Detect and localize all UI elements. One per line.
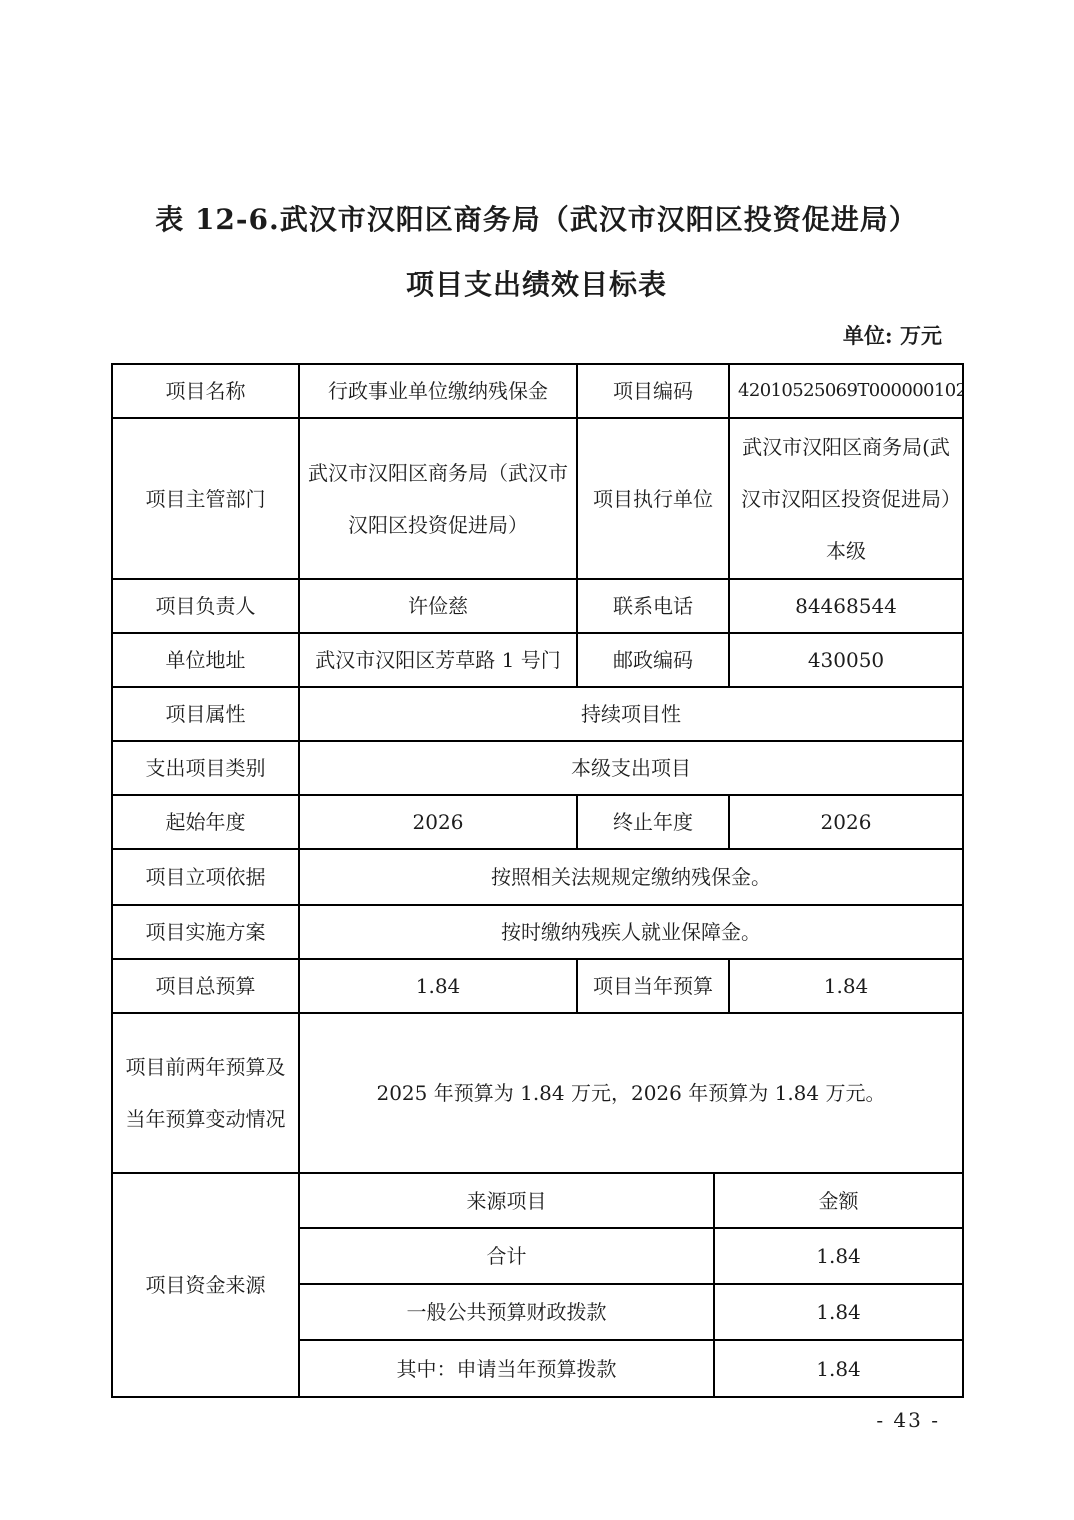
executing-unit-label: 项目执行单位: [577, 418, 729, 579]
project-name-label: 项目名称: [112, 364, 299, 418]
funding-amount: 1.84: [714, 1228, 963, 1284]
postal-code-label: 邮政编码: [577, 633, 729, 687]
start-year-label: 起始年度: [112, 795, 299, 849]
document-content: 表 12-6.武汉市汉阳区商务局（武汉市汉阳区投资促进局） 项目支出绩效目标表 …: [111, 0, 962, 1398]
project-attribute-value: 持续项目性: [299, 687, 963, 741]
total-budget-value: 1.84: [299, 959, 577, 1013]
supervising-dept-label: 项目主管部门: [112, 418, 299, 579]
table-row: 支出项目类别 本级支出项目: [112, 741, 963, 795]
executing-unit-value: 武汉市汉阳区商务局(武汉市汉阳区投资促进局）本级: [729, 418, 963, 579]
table-row: 项目总预算 1.84 项目当年预算 1.84: [112, 959, 963, 1013]
contact-phone-label: 联系电话: [577, 579, 729, 633]
funding-sources-label: 项目资金来源: [112, 1173, 299, 1397]
implementation-plan-value: 按时缴纳残疾人就业保障金。: [299, 905, 963, 959]
funding-item: 一般公共预算财政拨款: [299, 1284, 714, 1340]
unit-address-value: 武汉市汉阳区芳草路 1 号门: [299, 633, 577, 687]
approval-basis-value: 按照相关法规规定缴纳残保金。: [299, 849, 963, 905]
funding-item: 其中：申请当年预算拨款: [299, 1340, 714, 1397]
end-year-label: 终止年度: [577, 795, 729, 849]
funding-amount: 1.84: [714, 1284, 963, 1340]
performance-target-table: 项目名称 行政事业单位缴纳残保金 项目编码 42010525069T000000…: [111, 363, 964, 1398]
funding-item: 合计: [299, 1228, 714, 1284]
current-year-budget-label: 项目当年预算: [577, 959, 729, 1013]
funding-item-column-header: 来源项目: [299, 1173, 714, 1228]
document-page: 表 12-6.武汉市汉阳区商务局（武汉市汉阳区投资促进局） 项目支出绩效目标表 …: [0, 0, 1074, 1520]
expenditure-category-label: 支出项目类别: [112, 741, 299, 795]
table-row: 项目主管部门 武汉市汉阳区商务局（武汉市汉阳区投资促进局） 项目执行单位 武汉市…: [112, 418, 963, 579]
approval-basis-label: 项目立项依据: [112, 849, 299, 905]
table-row: 项目立项依据 按照相关法规规定缴纳残保金。: [112, 849, 963, 905]
budget-history-label: 项目前两年预算及当年预算变动情况: [112, 1013, 299, 1173]
expenditure-category-value: 本级支出项目: [299, 741, 963, 795]
project-leader-label: 项目负责人: [112, 579, 299, 633]
start-year-value: 2026: [299, 795, 577, 849]
unit-address-label: 单位地址: [112, 633, 299, 687]
current-year-budget-value: 1.84: [729, 959, 963, 1013]
funding-sources-header-row: 项目资金来源 来源项目 金额: [112, 1173, 963, 1228]
supervising-dept-value: 武汉市汉阳区商务局（武汉市汉阳区投资促进局）: [299, 418, 577, 579]
table-row: 起始年度 2026 终止年度 2026: [112, 795, 963, 849]
table-row: 项目实施方案 按时缴纳残疾人就业保障金。: [112, 905, 963, 959]
unit-note: 单位: 万元: [111, 320, 962, 350]
project-code-value: 42010525069T000000102: [729, 364, 963, 418]
funding-amount-column-header: 金额: [714, 1173, 963, 1228]
project-name-value: 行政事业单位缴纳残保金: [299, 364, 577, 418]
project-attribute-label: 项目属性: [112, 687, 299, 741]
table-row: 项目负责人 许俭慈 联系电话 84468544: [112, 579, 963, 633]
contact-phone-value: 84468544: [729, 579, 963, 633]
implementation-plan-label: 项目实施方案: [112, 905, 299, 959]
postal-code-value: 430050: [729, 633, 963, 687]
table-row: 单位地址 武汉市汉阳区芳草路 1 号门 邮政编码 430050: [112, 633, 963, 687]
total-budget-label: 项目总预算: [112, 959, 299, 1013]
page-number: - 43 -: [876, 1408, 940, 1432]
document-title-line2: 项目支出绩效目标表: [111, 267, 962, 302]
budget-history-value: 2025 年预算为 1.84 万元，2026 年预算为 1.84 万元。: [299, 1013, 963, 1173]
funding-amount: 1.84: [714, 1340, 963, 1397]
table-row: 项目属性 持续项目性: [112, 687, 963, 741]
table-row: 项目名称 行政事业单位缴纳残保金 项目编码 42010525069T000000…: [112, 364, 963, 418]
project-code-label: 项目编码: [577, 364, 729, 418]
document-title-line1: 表 12-6.武汉市汉阳区商务局（武汉市汉阳区投资促进局）: [111, 202, 962, 237]
table-row: 项目前两年预算及当年预算变动情况 2025 年预算为 1.84 万元，2026 …: [112, 1013, 963, 1173]
end-year-value: 2026: [729, 795, 963, 849]
project-leader-value: 许俭慈: [299, 579, 577, 633]
